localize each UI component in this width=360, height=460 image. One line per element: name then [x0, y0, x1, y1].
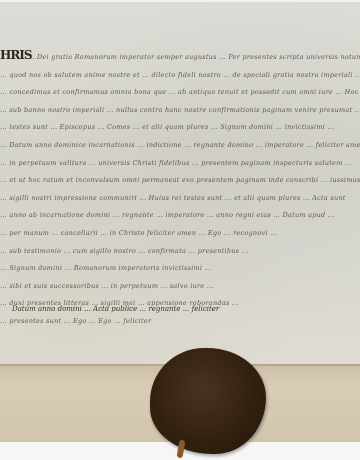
text-line: ... Signum domini ... Romanorum imperato… [0, 261, 360, 275]
charter-text: ...Dei gratia Romanorum imperator semper… [0, 50, 360, 332]
text-line: ... presentes sunt ... Ego ... Ego ... f… [0, 314, 360, 328]
text-line: ...Dei gratia Romanorum imperator semper… [0, 50, 360, 64]
text-line: ... sigilli nostri impressione communiri… [0, 191, 360, 205]
text-line: ... sub banno nostro imperiali ... nullu… [0, 103, 360, 117]
text-line: ... in perpetuum valitura ... universis … [0, 156, 360, 170]
text-line: ... Datum anno dominice incarnationis ..… [0, 138, 360, 152]
text-line: ... concedimus et confirmamus omnia bona… [0, 85, 360, 99]
wax-seal [150, 348, 266, 454]
text-line: ... anno ab incarnatione domini ... regn… [0, 208, 360, 222]
text-line: ... sibi et suis successoribus ... in pe… [0, 279, 360, 293]
text-line: ... sub testimonio ... cum sigillo nostr… [0, 244, 360, 258]
text-line: ... quod nos ob salutem anime nostre et … [0, 68, 360, 82]
signature-line: Datum anno domini ... Acta publice ... r… [0, 305, 360, 313]
text-line: ... et ut hoc ratum et inconvulsum omni … [0, 173, 360, 187]
text-line: ... testes sunt ... Episcopus ... Comes … [0, 120, 360, 134]
text-line: ... per manum ... cancellarii ... in Chr… [0, 226, 360, 240]
